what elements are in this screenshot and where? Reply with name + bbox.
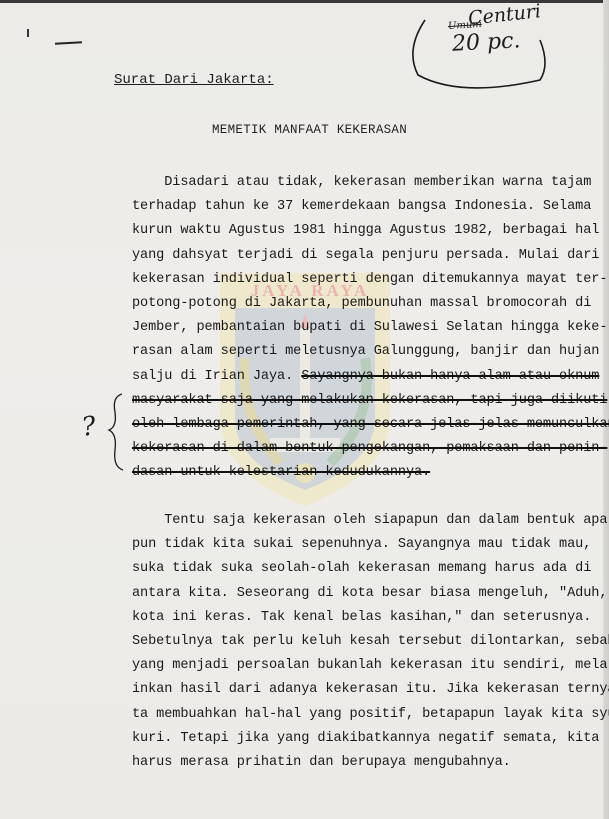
text-line: yang menjadi persoalan bukanlah kekerasa… xyxy=(132,654,592,678)
text-line: Tentu saja kekerasan oleh siapapun dan d… xyxy=(132,509,592,533)
handwritten-circle-mark xyxy=(400,10,560,90)
text-line: ta membuahkan hal-hal yang positif, beta… xyxy=(132,703,592,727)
document-heading: Surat Dari Jakarta: xyxy=(114,72,274,88)
text-line: Disadari atau tidak, kekerasan memberika… xyxy=(132,171,592,195)
handwritten-brace-mark xyxy=(107,392,127,472)
text-line: antara kita. Seseorang di kota besar bia… xyxy=(132,582,592,606)
text-line: kurun waktu Agustus 1981 hingga Agustus … xyxy=(132,219,592,243)
text-line: Sebetulnya tak perlu keluh kesah tersebu… xyxy=(132,630,592,654)
text-line: kuri. Tetapi jika yang diakibatkannya ne… xyxy=(132,727,592,751)
text-fragment: salju di Irian Jaya. xyxy=(132,369,301,384)
text-line: inkan hasil dari adanya kekerasan itu. J… xyxy=(132,678,592,702)
struck-text: Sayangnya bukan hanya alam atau oknum xyxy=(301,369,599,384)
text-line: harus merasa prihatin dan berupaya mengu… xyxy=(132,751,592,775)
text-line: terhadap tahun ke 37 kemerdekaan bangsa … xyxy=(132,195,592,219)
struck-text-line: dasan untuk kelestarian kedudukannya. xyxy=(132,461,592,485)
struck-text-line: kekerasan di dalam bentuk pengekangan, p… xyxy=(132,437,592,461)
document-title: MEMETIK MANFAAT KEKERASAN xyxy=(212,123,407,137)
text-line-mixed: salju di Irian Jaya. Sayangnya bukan han… xyxy=(132,365,592,389)
struck-text-line: oleh lembaga pemerintah, yang secara jel… xyxy=(132,413,592,437)
text-line: yang dahsyat terjadi di segala penjuru p… xyxy=(132,244,592,268)
text-line: potong-potong di Jakarta, pembunuhan mas… xyxy=(132,292,592,316)
handwritten-tick-mark xyxy=(27,29,29,37)
text-line: kota ini keras. Tak kenal belas kasihan,… xyxy=(132,606,592,630)
text-line: pun tidak kita sukai sepenuhnya. Sayangn… xyxy=(132,533,592,557)
text-line: rasan alam seperti meletusnya Galunggung… xyxy=(132,340,592,364)
paragraph-1: Disadari atau tidak, kekerasan memberika… xyxy=(132,171,592,486)
struck-text-line: masyarakat saja yang melakukan kekerasan… xyxy=(132,389,592,413)
text-line: Jember, pembantaian bupati di Sulawesi S… xyxy=(132,316,592,340)
paragraph-2: Tentu saja kekerasan oleh siapapun dan d… xyxy=(132,509,592,775)
text-line: kekerasan individual seperti dengan dite… xyxy=(132,268,592,292)
text-line: suka tidak suka seolah-olah kekerasan me… xyxy=(132,557,592,581)
